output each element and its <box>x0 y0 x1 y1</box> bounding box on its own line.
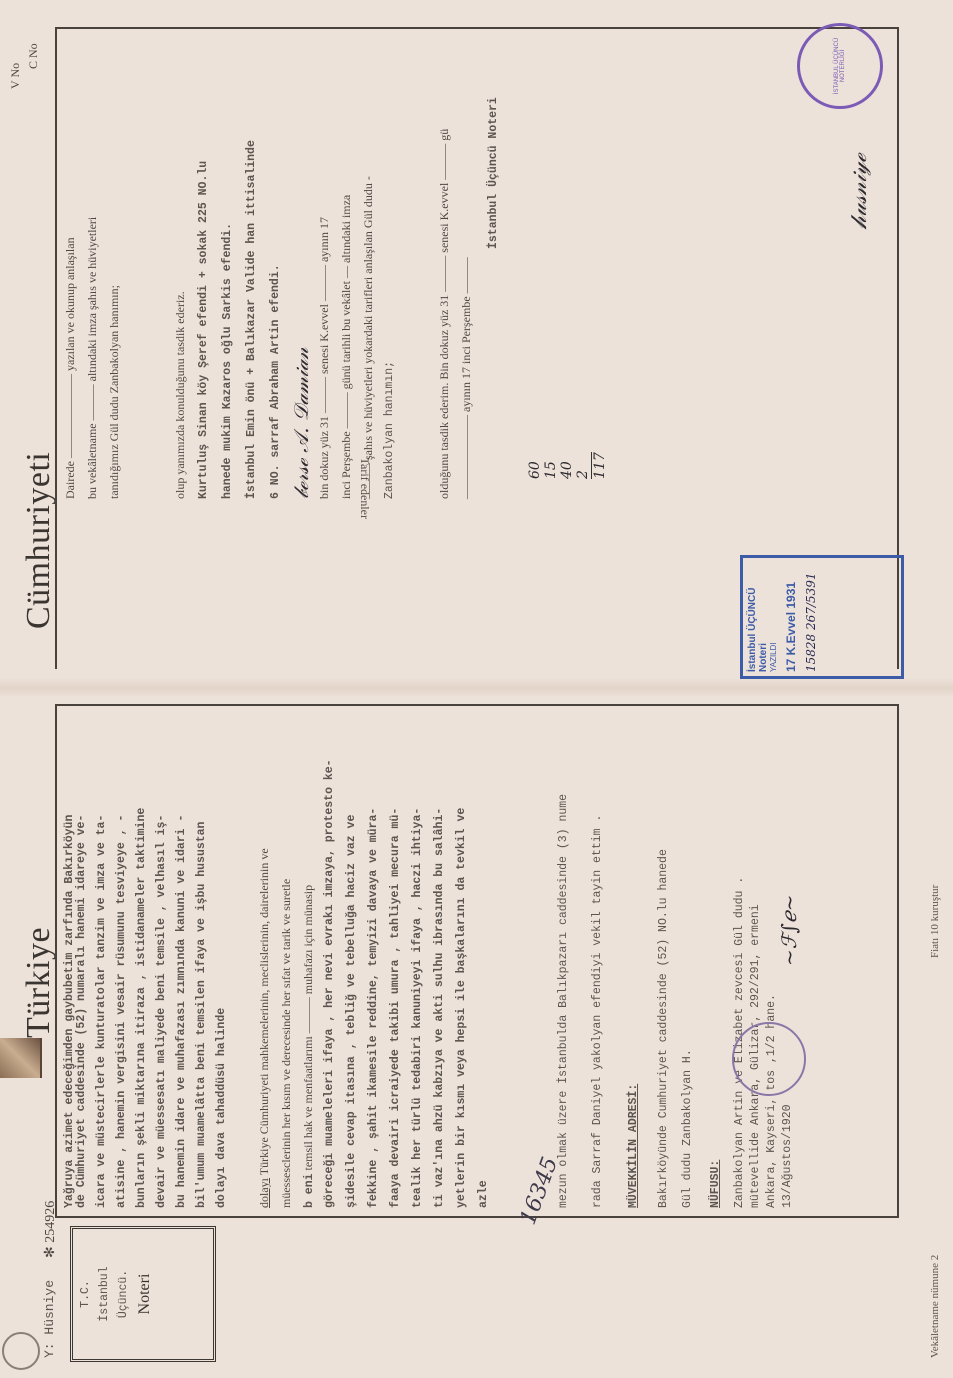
left-page: Türkiye Y: Hüsniye ✻ 254926 T.C. İstanbu… <box>0 689 953 1378</box>
block3-line: mezun olmak üzere İstanbulda Balıkpazarı… <box>557 794 570 1208</box>
dating-line: olduğunu tasdik ederim. Bin dokuz yüz 31… <box>437 129 452 499</box>
block2-line: yetlerin bir kısmı veya hepsi ile başkal… <box>455 808 468 1208</box>
footer-form-name: Vekâletname nümune 2 <box>929 1255 941 1358</box>
block1-line: dolayı dava tahaddüsü halinde <box>215 1008 228 1208</box>
stamp-date: 17 K.Evvel 1931 <box>784 562 798 672</box>
fee-item: 60 <box>527 452 543 479</box>
blue-registration-stamp: İstanbul ÜÇÜNCÜ Noteri YAZILDI 17 K.Evve… <box>740 555 904 679</box>
notary-signoff: İstanbul Üçüncü Noteri <box>487 97 500 249</box>
dating-line: ——— şahıs ve hüviyetleri yokardaki tarif… <box>361 176 376 499</box>
notary-line-3: Üçüncü. <box>117 1229 130 1359</box>
tc-seal-icon <box>2 1332 40 1370</box>
witness-line: hanede mukim Kazaros oğlu Sarkis efendi. <box>221 223 234 499</box>
block1-line: bil'umum muamelâtta beni temsilen ifaya … <box>195 822 208 1208</box>
lead-word: dolayı <box>257 1178 271 1208</box>
notary-box: T.C. İstanbul Üçüncü. Noteri <box>70 1226 216 1362</box>
lead-word: b eni <box>303 1173 316 1208</box>
block1-line: devair ve müessesatı maliyede beni temsi… <box>155 815 168 1208</box>
block2-line: tealik her türlü tedabiri kanuniyeyi ifa… <box>411 808 424 1208</box>
attached-photo <box>0 1038 42 1078</box>
address-line: Bakırköyünde Cumhuriyet caddesinde (52) … <box>657 849 670 1208</box>
witness-line: Kurtuluş Sinan köy Şeref efendi + sokak … <box>197 161 210 499</box>
title-cumhuriyeti: Cümhuriyeti <box>20 452 58 629</box>
block2-line: şidesile cevap itasına , tebliğ ve tebel… <box>345 815 358 1208</box>
block2-line: faaya devairi icraiyede takibi umura , t… <box>389 808 402 1208</box>
notary-line-4: Noteri <box>136 1229 154 1359</box>
block1-line: icara ve müstecirlerle kunturatolar tanz… <box>95 815 108 1208</box>
right-page: Cümhuriyeti V No C No Dairede ——————— ya… <box>0 0 953 689</box>
witness-signatures: 𝒷ℯ𝓇𝓈ℯ 𝒜. 𝒟𝒶𝓂𝒾𝒶𝓃 <box>289 347 313 499</box>
left-frame: Yağruya azimet edeceğimden gaybubetim za… <box>55 704 899 1218</box>
attest-line: bu vekâletname ——— altındaki imza şahıs … <box>85 217 100 499</box>
muvekkil-heading: MÜVEKKİLİN ADRESİ: <box>627 1084 640 1208</box>
fee-calculation: 60 15 40 2 117 <box>527 452 608 479</box>
block1-line: bu hanemin idare ve muhafazası zımnında … <box>175 815 188 1208</box>
c-no-label: C No <box>26 43 41 69</box>
block2-line: temsil hak ve menfaatlarımı ——— muhafazı… <box>301 885 315 1171</box>
witness-line: 6 NO. sarraf Abraham Artin efendi. <box>269 264 282 499</box>
stamp-title: İstanbul ÜÇÜNCÜ Noteri <box>747 562 769 672</box>
purple-notary-seal-icon: İSTANBUL ÜÇÜNCÜ NOTERLİĞİ <box>797 23 883 109</box>
nufusu-heading: NÜFUSU: <box>709 1160 722 1208</box>
fee-item: 40 <box>559 452 575 479</box>
stamp-sub: YAZILDI <box>769 562 778 672</box>
block2-line: müessesclerinin her kısım ve derecesinde… <box>279 879 294 1208</box>
block2-line: ti vaz'ına ahzü kabzıya ve akti sulhu ib… <box>433 808 446 1208</box>
nufusu-line: 13/Ağustos/1920 <box>781 1104 794 1208</box>
block3-line: rada Sarraf Daniyel yakolyan efendiyi ve… <box>591 815 604 1208</box>
attest-line: olup yanımızda konulduğunu tasdik ederiz… <box>173 291 188 499</box>
fee-item: 15 <box>543 452 559 479</box>
vekaletname-document: Türkiye Y: Hüsniye ✻ 254926 T.C. İstanbu… <box>0 0 953 1378</box>
notary-signature: 𝒽𝓊𝓈𝓃𝒾𝓎ℯ <box>847 154 872 229</box>
block1-line: bunların şekli miktarına itiraza , istid… <box>135 808 148 1208</box>
v-no-label: V No <box>8 63 23 89</box>
stamp-fraction-top: 267 <box>804 607 818 630</box>
form-code: Y: Hüsniye <box>42 1280 57 1358</box>
stamp-number: 15828 <box>804 634 818 672</box>
dating-line: ——————— ayının 17 inci Perşembe ——— <box>459 257 474 499</box>
block1-line: atisine , hanemin vergisini vesair rüsum… <box>115 815 128 1208</box>
dating-line: bin dokuz yüz 31 ——— senesi K.evvel ——— … <box>317 217 332 499</box>
title-turkiye: Türkiye <box>20 927 58 1038</box>
dating-line: inci Perşembe ——— günü tarihli bu vekâle… <box>339 195 354 499</box>
address-line: Gül dudu Zanbakolyan H. <box>681 1049 694 1208</box>
seal-text: İSTANBUL ÜÇÜNCÜ NOTERLİĞİ <box>834 26 846 106</box>
block2-line: azle <box>477 1180 490 1208</box>
stamp-fraction-bottom: 5391 <box>804 572 818 603</box>
block1-line: de Cümhuriyet caddesinde (52) numaralı h… <box>75 815 88 1208</box>
fee-item: 2 <box>575 452 591 479</box>
client-signature: ~ℱ∫ℯ~ <box>777 895 801 967</box>
footer-price: Fiatı 10 kuruştur <box>929 885 941 958</box>
notary-line-1: T.C. <box>79 1229 92 1359</box>
attest-line: tanıdığımız Gül dudu Zanbakolyan hanımın… <box>107 285 122 499</box>
fee-total: 117 <box>591 452 608 479</box>
witness-line: İstanbul Emin önü + Balıkazar Valide han… <box>245 140 258 499</box>
block2-line: göreceği muameleleri ifaya , her nevi ev… <box>323 759 336 1208</box>
nufus-seal-icon <box>732 1022 806 1096</box>
block2-line: fekkine , şahit ikamesile reddine, temyi… <box>367 808 380 1208</box>
notary-line-2: İstanbul <box>98 1229 111 1359</box>
block2-line: Türkiye Cümhuriyeti mahkemelerinin, mecl… <box>257 848 271 1175</box>
dating-line: Zanbakolyan hanımın; <box>383 361 396 499</box>
attest-line: Dairede ——————— yazılan ve okunup anlaşı… <box>63 237 78 499</box>
